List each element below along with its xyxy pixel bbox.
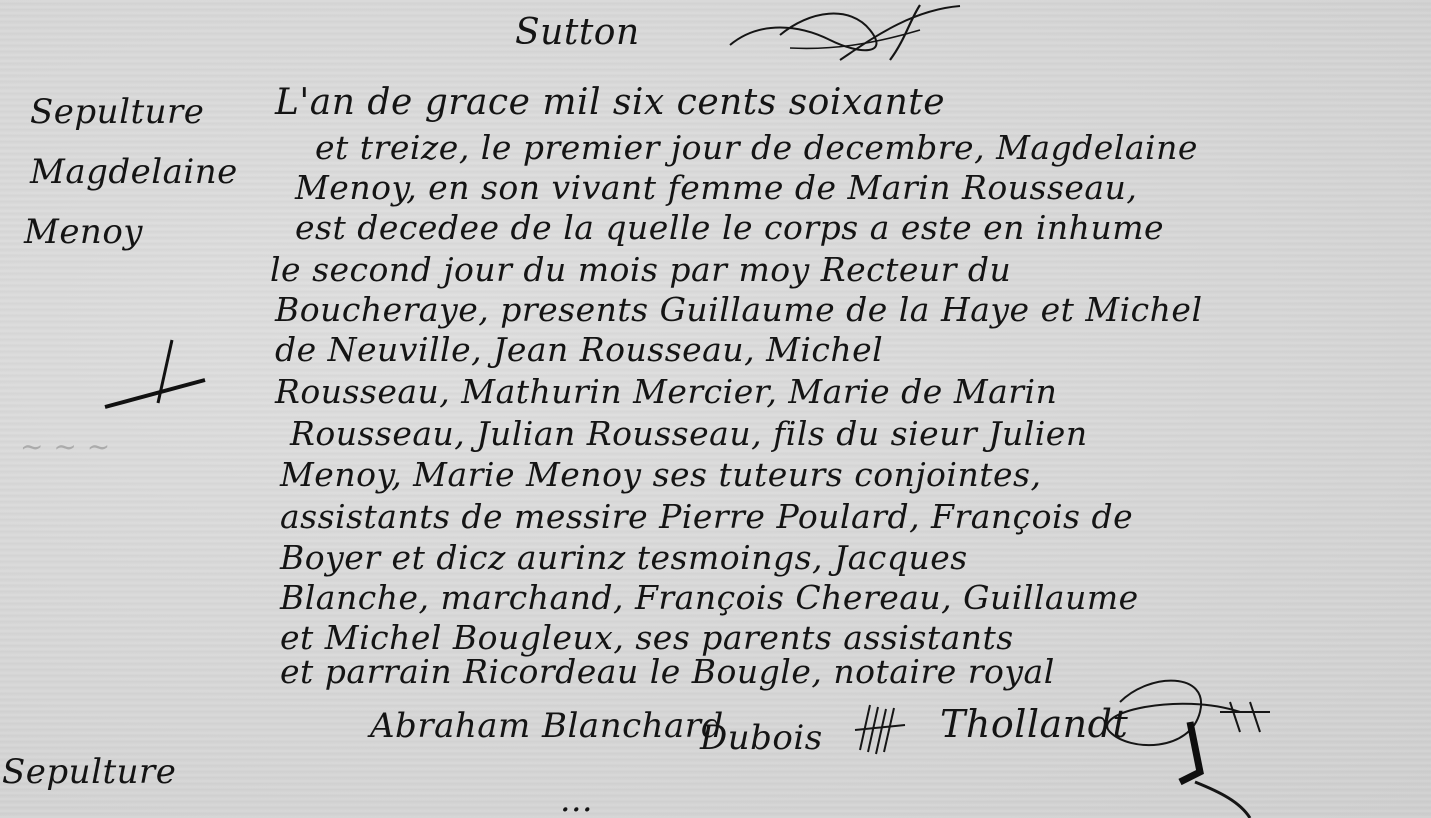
body-line-15: et parrain Ricordeau le Bougle, notaire …	[280, 652, 1055, 691]
margin-label-sepulture-2: Sepulture	[2, 752, 176, 792]
body-line-4: est decedee de la quelle le corps a este…	[295, 208, 1164, 247]
body-line-7: de Neuville, Jean Rousseau, Michel	[275, 330, 883, 369]
signature-dubois: Dubois	[700, 718, 823, 758]
signature-flourish-icon	[720, 0, 980, 70]
margin-name-first: Magdelaine	[30, 152, 238, 192]
body-line-12: Boyer et dicz aurinz tesmoings, Jacques	[280, 538, 968, 577]
cross-mark-icon	[100, 335, 210, 415]
signature-flourish-icon	[1090, 672, 1290, 818]
body-line-13: Blanche, marchand, François Chereau, Gui…	[280, 578, 1139, 617]
body-line-2: et treize, le premier jour de decembre, …	[315, 128, 1198, 167]
body-line-11: assistants de messire Pierre Poulard, Fr…	[280, 497, 1133, 536]
signature-hatch-icon	[850, 700, 910, 760]
register-page: Sutton Sepulture Magdelaine Menoy ~ ~ ~ …	[0, 0, 1431, 818]
margin-label-sepulture: Sepulture	[30, 92, 204, 132]
next-entry-partial: ...	[560, 780, 593, 818]
body-line-3: Menoy, en son vivant femme de Marin Rous…	[295, 168, 1137, 207]
body-line-6: Boucheraye, presents Guillaume de la Hay…	[275, 290, 1203, 329]
bleed-through-text: ~ ~ ~	[20, 430, 111, 463]
top-signature: Sutton	[515, 12, 640, 53]
body-line-8: Rousseau, Mathurin Mercier, Marie de Mar…	[275, 372, 1057, 411]
body-line-10: Menoy, Marie Menoy ses tuteurs conjointe…	[280, 455, 1041, 494]
margin-name-last: Menoy	[24, 212, 143, 252]
body-line-9: Rousseau, Julian Rousseau, fils du sieur…	[290, 414, 1088, 453]
body-line-5: le second jour du mois par moy Recteur d…	[270, 250, 1011, 289]
body-line-1: L'an de grace mil six cents soixante	[275, 82, 945, 123]
signature-blanchard: Abraham Blanchard	[370, 706, 724, 746]
